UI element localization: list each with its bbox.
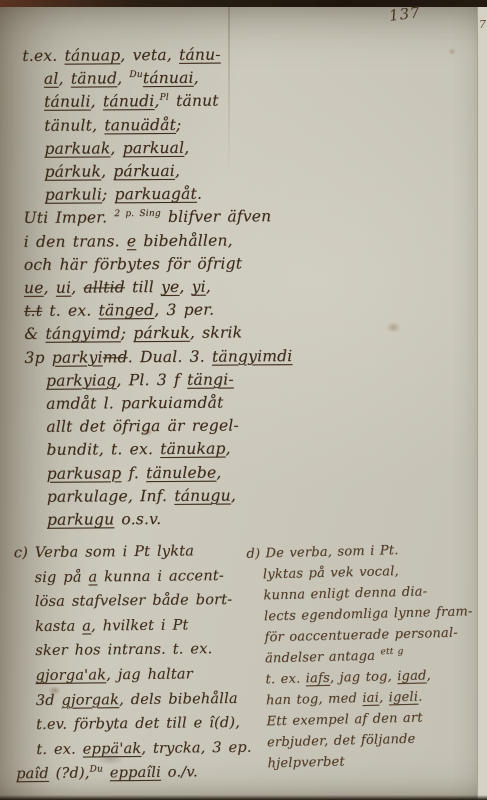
interlinear-annotation: ett g [380, 647, 403, 658]
underlined-word: igad [397, 668, 427, 684]
ink-stain [386, 322, 401, 333]
underlined-word: tánuap [64, 46, 120, 64]
manuscript-line: parkuak, parkual, [23, 136, 291, 161]
underlined-word: parkyi [52, 348, 103, 366]
underlined-word: tángyimd [45, 325, 120, 344]
underlined-word: eppaîli [110, 765, 161, 782]
manuscript-line: parkusap f. tänulebe, [25, 461, 293, 486]
manuscript-line: & tángyimd; párkuk, skrik [24, 322, 292, 347]
underlined-word: tänulebe [146, 463, 216, 481]
struck-word: t.t [24, 302, 42, 320]
underlined-word: tánu- [179, 46, 221, 64]
underlined-word: tánugu [174, 486, 231, 504]
underlined-word: al [44, 70, 59, 88]
underlined-word: parkuli [45, 186, 102, 204]
underlined-word: gjorgak [61, 692, 119, 709]
manuscript-line: Uti Imper. 2 p. Sing blifver äfven [23, 205, 291, 230]
underlined-word: párkuk [133, 324, 190, 342]
manuscript-line: sker hos intrans. t. ex. [15, 637, 251, 664]
manuscript-line: 3p parkyimd. Dual. 3. tängyimdi [24, 345, 292, 370]
underlined-word: tanuädåt [104, 115, 176, 133]
manuscript-photo: 7 137 t.ex. tánuap, veta, tánu- al, tänu… [0, 0, 487, 800]
underlined-word: e [127, 232, 137, 250]
underlined-word: paîd [16, 766, 49, 782]
manuscript-line: allt det öfriga är regel- [25, 414, 293, 439]
underlined-word: a [88, 569, 97, 585]
underlined-word: parkugu [47, 510, 114, 528]
underlined-word: ue [24, 279, 44, 297]
manuscript-line: sig på a kunna i accent- [14, 563, 250, 590]
manuscript-line: paîd (?d),Du eppaîli o./v. [16, 760, 252, 787]
struck-word: md [103, 348, 128, 366]
underlined-word: gjorga'ak [35, 667, 106, 684]
manuscript-line: hjelpverbet [251, 748, 476, 774]
page-number: 137 [388, 3, 422, 25]
underlined-word: ye [161, 278, 179, 296]
underlined-word: parkusap [47, 464, 122, 483]
book-binding-edge [0, 0, 12, 800]
underlined-word: igeli [389, 690, 419, 706]
manuscript-line: t.t t. ex. tänged, 3 per. [24, 298, 292, 323]
interlinear-annotation: Du [90, 765, 104, 775]
underlined-word: párkuai [113, 162, 175, 180]
manuscript-line: parkugu o.s.v. [26, 507, 294, 532]
manuscript-line: párkuk, párkuai, [23, 159, 291, 184]
underlined-word: tänged [98, 301, 154, 319]
underlined-word: parkyiag [46, 371, 117, 389]
underlined-word: tängyimdi [212, 347, 293, 366]
manuscript-line: t. ex. eppä'ak, trycka, 3 ep. [16, 736, 252, 763]
manuscript-line: och här förbytes för öfrigt [24, 252, 292, 277]
manuscript-line: parkyiag, Pl. 3 f tängi- [25, 368, 293, 393]
section-d-text-block: d) De verba, som i Pt. lyktas på vek voc… [246, 538, 476, 774]
underlined-word: ui [56, 279, 71, 297]
next-page-number-fragment: 7 [479, 18, 486, 31]
underlined-word: tänukap [160, 440, 226, 458]
manuscript-line: lösa stafvelser både bort- [14, 588, 250, 615]
manuscript-line: ue, ui, alltid till ye, yi, [24, 275, 292, 300]
underlined-word: eppä'ak [83, 741, 142, 758]
underlined-word: tánuli [44, 93, 91, 111]
interlinear-annotation: 2 p. Sing [114, 209, 161, 219]
manuscript-line: kasta a, hvilket i Pt [14, 613, 250, 640]
manuscript-line: amdåt l. parkuiamdåt [25, 391, 293, 416]
underlined-word: tänud [71, 69, 117, 87]
interlinear-annotation: Du [129, 70, 142, 80]
interlinear-annotation: Pl [160, 93, 169, 103]
underlined-word: tánuai [143, 69, 194, 87]
manuscript-line: tänult, tanuädåt; [23, 113, 291, 138]
manuscript-line: c) Verba som i Pt lykta [14, 539, 250, 566]
underlined-word: tängi- [187, 370, 234, 388]
manuscript-line: gjorga'ak, jag haltar [15, 662, 251, 689]
manuscript-line: 3d gjorgak, dels bibehålla [15, 686, 251, 713]
struck-word: alltid [83, 278, 125, 296]
underlined-word: yi [192, 278, 206, 296]
underlined-word: párkuk [45, 162, 102, 180]
paradigm-text-block: t.ex. tánuap, veta, tánu- al, tänud, Dut… [22, 43, 293, 532]
manuscript-line: al, tänud, Dutánuai, [22, 66, 290, 91]
underlined-word: parkuagåt [115, 185, 198, 204]
manuscript-line: bundit, t. ex. tänukap, [25, 438, 293, 463]
ink-stain [448, 48, 456, 55]
underlined-word: iafs [306, 671, 331, 687]
manuscript-line: parkuli; parkuagåt. [23, 182, 291, 207]
underlined-word: a [82, 618, 91, 634]
underlined-word: tánudi [103, 92, 155, 110]
underlying-page-edge: 7 [477, 7, 487, 800]
manuscript-line: t.ev. förbyta det till e î(d), [16, 711, 252, 738]
manuscript-line: tánuli, tánudi,Pl tänut [23, 89, 291, 114]
manuscript-line: t.ex. tánuap, veta, tánu- [22, 43, 290, 68]
underlined-word: iai [362, 691, 379, 706]
section-c-text-block: c) Verba som i Pt lykta sig på a kunna i… [14, 539, 252, 787]
underlined-word: parkuak [44, 139, 110, 157]
photo-bottom-edge [0, 795, 487, 800]
manuscript-line: parkulage, Inf. tánugu, [25, 484, 293, 509]
underlined-word: parkual [123, 139, 185, 157]
manuscript-line: i den trans. e bibehållen, [24, 229, 292, 254]
